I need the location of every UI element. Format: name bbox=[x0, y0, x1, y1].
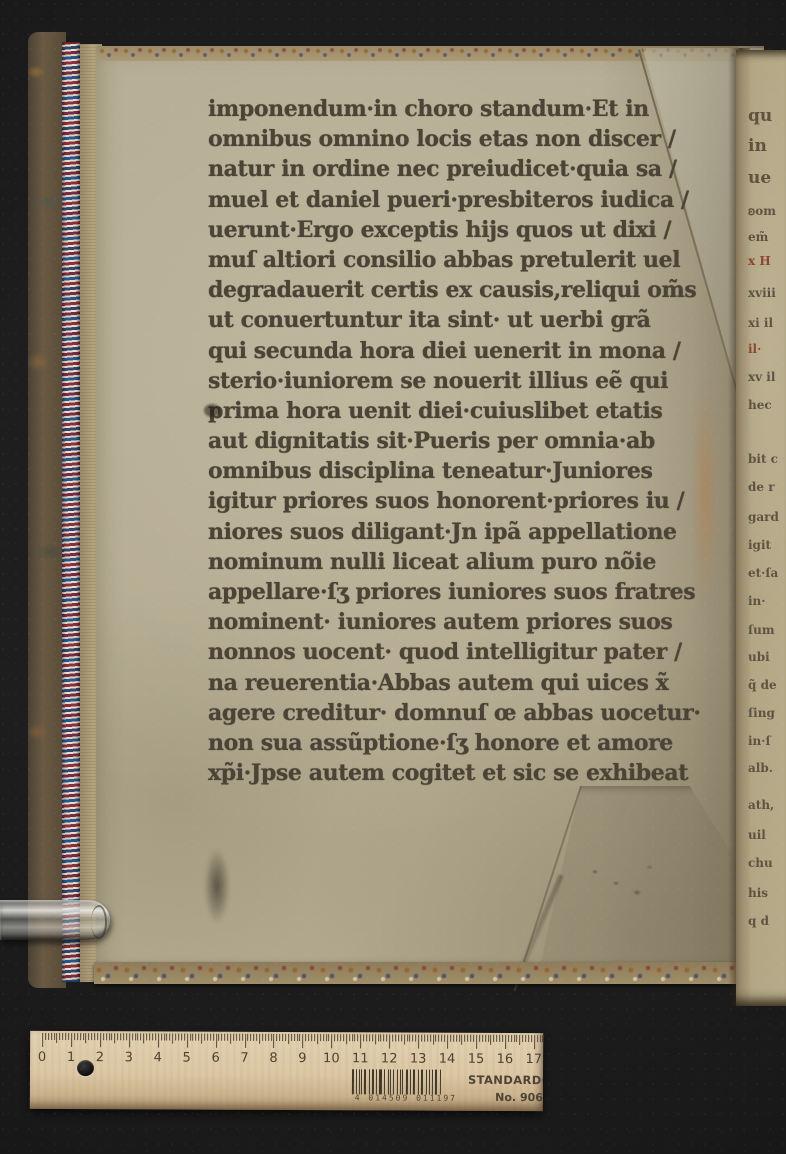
facing-page-text-fragment: igit bbox=[748, 538, 771, 552]
barcode-bar bbox=[405, 1070, 407, 1095]
manuscript-text-line: na reuerentia·Abbas autem qui uices x̃ bbox=[208, 667, 718, 698]
barcode-bar bbox=[390, 1069, 391, 1094]
facing-page-text-fragment: ꞝom bbox=[748, 202, 776, 219]
barcode-bar bbox=[372, 1069, 374, 1094]
facing-page-text-fragment: q d bbox=[748, 914, 769, 928]
ruler-number: 6 bbox=[211, 1051, 219, 1066]
ruler-number: 9 bbox=[298, 1051, 306, 1066]
manuscript-text-line: omnibus disciplina teneatur·Juniores bbox=[208, 456, 718, 487]
ruler-brand-label: STANDARDGRAPH bbox=[468, 1073, 543, 1087]
manuscript-text-line: muel et daniel pueri·presbiteros iudica … bbox=[208, 184, 718, 215]
facing-page-text-fragment: em̃ bbox=[748, 230, 768, 244]
manuscript-text-line: nominum nulli liceat alium puro nõie bbox=[208, 547, 718, 578]
barcode-bar bbox=[400, 1069, 401, 1094]
facing-page-text-fragment: chu bbox=[748, 856, 773, 870]
barcode-bar bbox=[375, 1069, 376, 1094]
facing-page-text-fragment: xviii bbox=[748, 286, 776, 300]
barcode bbox=[352, 1069, 460, 1094]
manuscript-text-line: degradauerit certis ex causis,reliqui om… bbox=[208, 275, 718, 306]
facing-page-text-fragment: de r bbox=[748, 480, 775, 494]
margin-smudge bbox=[204, 404, 220, 417]
manuscript-text-line: imponendum·in choro standum·Et in bbox=[208, 94, 718, 125]
manuscript-text-line: omnibus omnino locis etas non discer ∕ bbox=[208, 124, 718, 155]
manuscript-text-line: aut dignitatis sit·Pueris per omnia·ab bbox=[208, 426, 718, 457]
facing-page-text-fragment: gard bbox=[748, 510, 779, 524]
ruler-number: 10 bbox=[323, 1051, 340, 1066]
facing-page-text-fragment: x H bbox=[748, 254, 771, 268]
ruler-number: 12 bbox=[381, 1051, 398, 1066]
facing-page-text-fragment: ath, bbox=[748, 798, 774, 812]
barcode-bar bbox=[384, 1069, 385, 1094]
barcode-bar bbox=[402, 1070, 403, 1095]
facing-page-text-fragment: ſing bbox=[748, 706, 775, 720]
barcode-bar bbox=[421, 1070, 423, 1095]
ruler-number: 16 bbox=[497, 1052, 514, 1067]
facing-page-text-fragment: qu bbox=[748, 106, 772, 126]
facing-page-text-fragment: ubi bbox=[748, 650, 770, 664]
facing-page-text-fragment: in bbox=[748, 136, 767, 156]
barcode-bar bbox=[397, 1069, 398, 1094]
photograph-scene: imponendum·in choro standum·Et inomnibus… bbox=[0, 0, 786, 1154]
manuscript-text-line: agere creditur· domnuſ œ abbas uocetur· bbox=[208, 697, 718, 728]
ruler-number: 15 bbox=[468, 1052, 485, 1067]
ruler-numbers: 01234567891011121314151617 bbox=[30, 1031, 543, 1111]
ruler-number: 17 bbox=[526, 1052, 543, 1067]
manuscript-text-line: muſ altiori consilio abbas pretulerit ue… bbox=[208, 245, 718, 276]
manuscript-text-line: xp̃i·Jpse autem cogitet et sic se exhibe… bbox=[208, 758, 718, 789]
ruler-number: 5 bbox=[183, 1051, 191, 1066]
manuscript-text-line: ut conuertuntur ita sint· ut uerbi grã bbox=[208, 305, 718, 336]
barcode-bar bbox=[393, 1069, 394, 1094]
barcode-bar bbox=[429, 1070, 430, 1095]
facing-page-text-fragment: hec bbox=[748, 398, 772, 412]
manuscript-text-line: appellare·ſʒ priores iuniores suos fratr… bbox=[208, 577, 718, 608]
manuscript-text-line: nonnos uocent· quod intelligitur pater ∕ bbox=[208, 637, 718, 668]
facing-page-text-fragment: et·ſa bbox=[748, 566, 778, 580]
ruler-number: 14 bbox=[439, 1052, 456, 1067]
facing-page-text-fragment: xi il bbox=[748, 316, 773, 330]
facing-page-text-fragment: his bbox=[748, 886, 768, 900]
ink-specks bbox=[588, 858, 658, 904]
ink-stain bbox=[204, 848, 230, 924]
barcode-bar bbox=[369, 1069, 370, 1094]
barcode-bar bbox=[387, 1069, 388, 1094]
ruler-number: 0 bbox=[38, 1050, 46, 1065]
ruler-number: 7 bbox=[240, 1051, 248, 1066]
ruler-number: 11 bbox=[352, 1051, 369, 1066]
barcode-bar bbox=[352, 1069, 354, 1094]
manuscript-text-block: imponendum·in choro standum·Et inomnibus… bbox=[208, 94, 718, 788]
manuscript-text-line: niores suos diligant·Jn ipã appellatione bbox=[208, 516, 718, 547]
facing-page-fragments: quinueꞝomem̃x Hxviiixi ilil·xv ilhecbit … bbox=[736, 50, 786, 1006]
manuscript-text-line: qui secunda hora diei uenerit in mona ∕ bbox=[208, 335, 718, 366]
glass-weight bbox=[0, 900, 110, 940]
manuscript-text-line: uerunt·Ergo exceptis hijs quos ut dixi ∕ bbox=[208, 214, 718, 245]
barcode-bar bbox=[435, 1070, 437, 1095]
manuscript-text-line: non sua assũptione·ſʒ honore et amore bbox=[208, 728, 718, 759]
ruler-model-label: No. 9061 bbox=[468, 1091, 543, 1104]
book-cover-edge bbox=[28, 32, 66, 988]
manuscript-text-line: igitur priores suos honorent·priores iu … bbox=[208, 486, 718, 517]
ruler-number: 1 bbox=[67, 1050, 75, 1065]
facing-page-text-fragment: q̃ de bbox=[748, 678, 777, 692]
manuscript-book: imponendum·in choro standum·Et inomnibus… bbox=[28, 28, 786, 994]
manuscript-text-line: nominent· iuniores autem priores suos bbox=[208, 607, 718, 638]
barcode-bar bbox=[359, 1069, 360, 1094]
facing-page-text-fragment: alb. bbox=[748, 761, 773, 775]
barcode-bar bbox=[432, 1070, 433, 1095]
ruler-number: 4 bbox=[154, 1050, 162, 1065]
ruler: 01234567891011121314151617 4 014509 0111… bbox=[30, 1031, 543, 1111]
decorated-bottom-edge bbox=[94, 962, 764, 984]
facing-page-text-fragment: ſum bbox=[748, 623, 775, 637]
facing-page-text-fragment: bit c bbox=[748, 452, 778, 466]
manuscript-text-line: prima hora uenit diei·cuiuslibet etatis bbox=[208, 396, 718, 427]
facing-page-text-fragment: il· bbox=[748, 342, 761, 356]
barcode-bar bbox=[425, 1070, 426, 1095]
barcode-bar bbox=[361, 1069, 362, 1094]
ruler-number: 3 bbox=[125, 1050, 133, 1065]
barcode-bar bbox=[413, 1070, 415, 1095]
barcode-bar bbox=[418, 1070, 419, 1095]
facing-page-text-fragment: in· bbox=[748, 594, 765, 608]
ruler-number: 13 bbox=[410, 1052, 427, 1067]
facing-page-edge: quinueꞝomem̃x Hxviiixi ilil·xv ilhecbit … bbox=[736, 50, 786, 1006]
ruler-number: 8 bbox=[269, 1051, 277, 1066]
barcode-bar bbox=[364, 1069, 366, 1094]
facing-page-text-fragment: uil bbox=[748, 828, 766, 842]
facing-page-text-fragment: xv il bbox=[748, 370, 775, 384]
barcode-bar bbox=[355, 1069, 356, 1094]
manuscript-text-line: natur in ordine nec preiudicet·quia sa ∕ bbox=[208, 154, 718, 185]
ruler-hole bbox=[77, 1060, 94, 1076]
marbled-endpaper-edge bbox=[62, 42, 80, 982]
barcode-digits: 4 014509 011197 bbox=[346, 1093, 466, 1103]
ruler-number: 2 bbox=[96, 1050, 104, 1065]
barcode-bar bbox=[440, 1070, 441, 1095]
facing-page-text-fragment: in·ſ bbox=[748, 734, 771, 748]
manuscript-text-line: sterio·iuniorem se nouerit illius eẽ qui bbox=[208, 365, 718, 396]
facing-page-text-fragment: ue bbox=[748, 168, 771, 188]
barcode-bar bbox=[379, 1069, 382, 1094]
barcode-bar bbox=[410, 1070, 411, 1095]
